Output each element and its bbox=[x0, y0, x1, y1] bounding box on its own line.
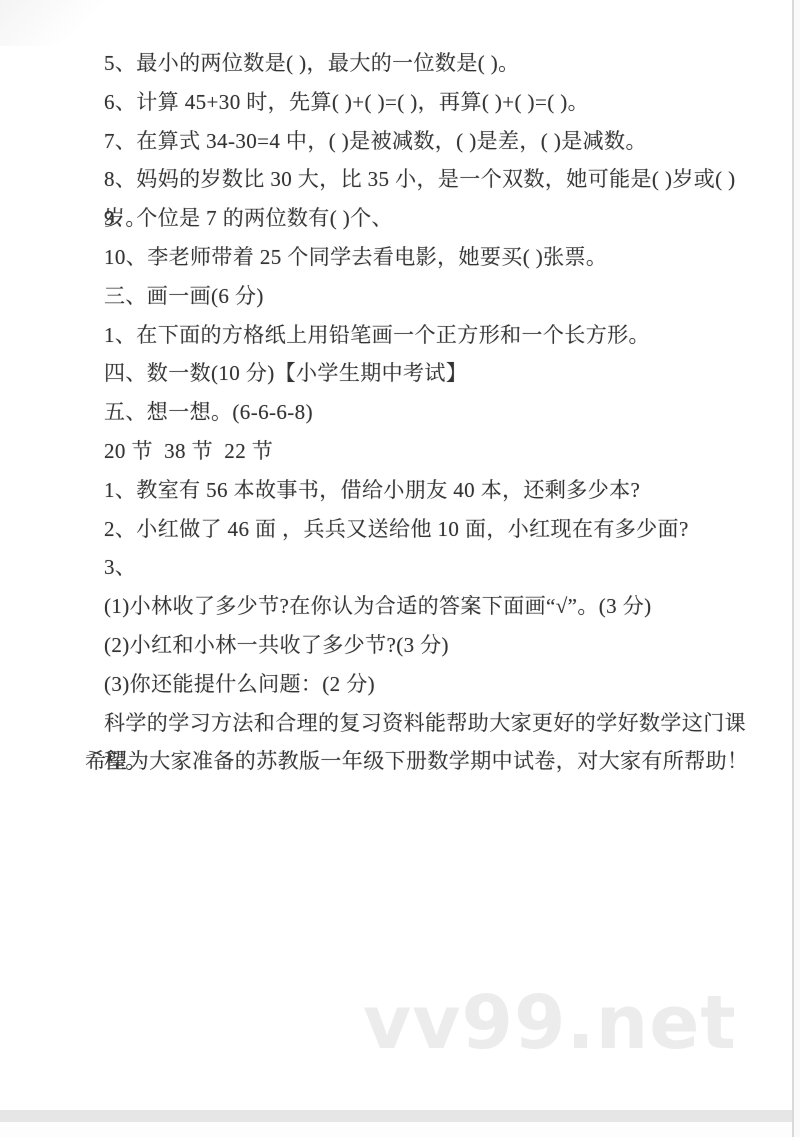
page-right-edge bbox=[792, 0, 794, 1137]
text-line-subq-2: (2)小红和小林一共收了多少节?(3 分) bbox=[0, 626, 772, 665]
text-line-word-problem-1: 1、教室有 56 本故事书，借给小朋友 40 本，还剩多少本? bbox=[0, 471, 772, 510]
text-line-q5: 5、最小的两位数是( )，最大的一位数是( )。 bbox=[0, 44, 772, 83]
page-gap-separator bbox=[0, 1110, 800, 1122]
text-line-subq-1: (1)小林收了多少节?在你认为合适的答案下面画“√”。(3 分) bbox=[0, 587, 772, 626]
text-line-q10: 10、李老师带着 25 个同学去看电影，她要买( )张票。 bbox=[0, 238, 772, 277]
text-line-subq-3: (3)你还能提什么问题：(2 分) bbox=[0, 665, 772, 704]
text-line-draw-1: 1、在下面的方格纸上用铅笔画一个正方形和一个长方形。 bbox=[0, 316, 772, 355]
text-line-q8: 8、妈妈的岁数比 30 大，比 35 小，是一个双数，她可能是( )岁或( )岁… bbox=[0, 160, 772, 199]
document-page: 5、最小的两位数是( )，最大的一位数是( )。 6、计算 45+30 时，先算… bbox=[0, 0, 792, 1110]
text-line-closing-2: 希望为大家准备的苏教版一年级下册数学期中试卷，对大家有所帮助！ bbox=[0, 742, 772, 781]
next-page-top bbox=[0, 1122, 792, 1137]
text-line-word-problem-2: 2、小红做了 46 面 ，兵兵又送给他 10 面，小红现在有多少面? bbox=[0, 510, 772, 549]
document-text-block: 5、最小的两位数是( )，最大的一位数是( )。 6、计算 45+30 时，先算… bbox=[0, 44, 772, 781]
text-line-word-problem-3: 3、 bbox=[0, 548, 772, 587]
section-heading-5: 五、想一想。(6-6-6-8) bbox=[0, 393, 772, 432]
section-heading-3: 三、画一画(6 分) bbox=[0, 277, 772, 316]
text-line-q7: 7、在算式 34-30=4 中，( )是被减数，( )是差，( )是减数。 bbox=[0, 122, 772, 161]
watermark-text: vv99.net bbox=[363, 986, 737, 1060]
viewer-right-margin bbox=[794, 0, 800, 1137]
document-viewer: 5、最小的两位数是( )，最大的一位数是( )。 6、计算 45+30 时，先算… bbox=[0, 0, 800, 1137]
text-line-q6: 6、计算 45+30 时，先算( )+( )=( )，再算( )+( )=( )… bbox=[0, 83, 772, 122]
scan-artifact-shade bbox=[0, 0, 110, 46]
text-line-counts: 20 节 38 节 22 节 bbox=[0, 432, 772, 471]
section-heading-4: 四、数一数(10 分)【小学生期中考试】 bbox=[0, 354, 772, 393]
text-line-closing-1: 科学的学习方法和合理的复习资料能帮助大家更好的学好数学这门课程。 bbox=[0, 704, 772, 743]
text-line-q9: 9、个位是 7 的两位数有( )个、 bbox=[0, 199, 772, 238]
